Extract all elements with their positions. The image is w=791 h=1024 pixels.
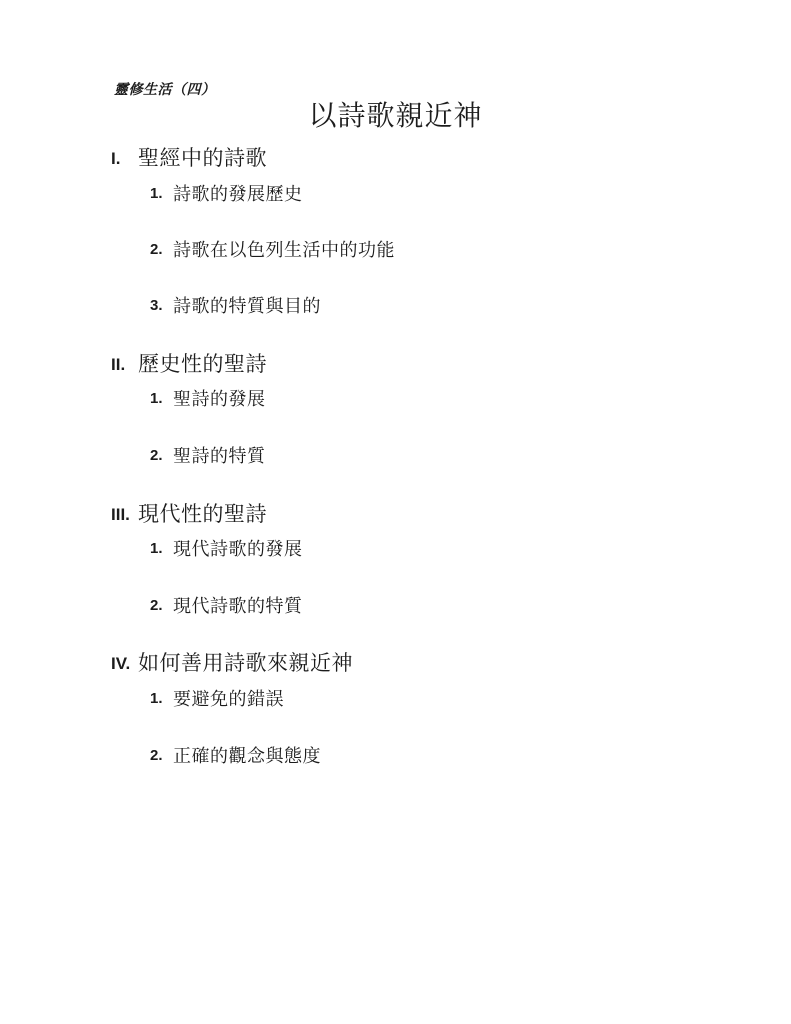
outline-item: 2. 正確的觀念與態度 [150,746,321,766]
outline-item: 2. 現代詩歌的特質 [150,596,303,616]
outline-item: 1. 聖詩的發展 [150,389,266,409]
section-heading-1: I. 聖經中的詩歌 [111,147,267,171]
section-numeral: III. [111,503,138,524]
item-text: 聖詩的特質 [173,446,266,466]
outline-item: 1. 詩歌的發展歷史 [150,184,303,204]
item-number: 2. [150,746,173,765]
item-text: 聖詩的發展 [173,389,266,409]
outline-item: 3. 詩歌的特質與目的 [150,296,321,316]
section-heading-4: IV. 如何善用詩歌來親近神 [111,652,353,676]
section-heading-text: 現代性的聖詩 [138,503,267,527]
outline-item: 1. 要避免的錯誤 [150,689,284,709]
section-heading-3: III. 現代性的聖詩 [111,503,267,527]
outline-item: 2. 聖詩的特質 [150,446,266,466]
item-text: 正確的觀念與態度 [173,746,321,766]
item-text: 現代詩歌的發展 [173,539,303,559]
item-text: 詩歌的特質與目的 [173,296,321,316]
item-number: 2. [150,446,173,465]
item-text: 現代詩歌的特質 [173,596,303,616]
section-heading-text: 聖經中的詩歌 [138,147,267,171]
section-heading-2: II. 歷史性的聖詩 [111,353,267,377]
item-number: 1. [150,389,173,408]
item-number: 1. [150,539,173,558]
section-numeral: II. [111,353,138,374]
section-numeral: IV. [111,652,138,673]
item-number: 2. [150,240,173,259]
item-text: 詩歌在以色列生活中的功能 [173,240,395,260]
outline-item: 2. 詩歌在以色列生活中的功能 [150,240,395,260]
item-text: 詩歌的發展歷史 [173,184,303,204]
document-title: 以詩歌親近神 [0,94,791,134]
item-number: 1. [150,184,173,203]
section-heading-text: 如何善用詩歌來親近神 [138,652,353,676]
section-numeral: I. [111,147,138,168]
item-number: 3. [150,296,173,315]
item-number: 1. [150,689,173,708]
document-page: 靈修生活（四） 以詩歌親近神 I. 聖經中的詩歌 1. 詩歌的發展歷史 2. 詩… [0,0,791,1024]
item-number: 2. [150,596,173,615]
item-text: 要避免的錯誤 [173,689,284,709]
outline-item: 1. 現代詩歌的發展 [150,539,303,559]
section-heading-text: 歷史性的聖詩 [138,353,267,377]
